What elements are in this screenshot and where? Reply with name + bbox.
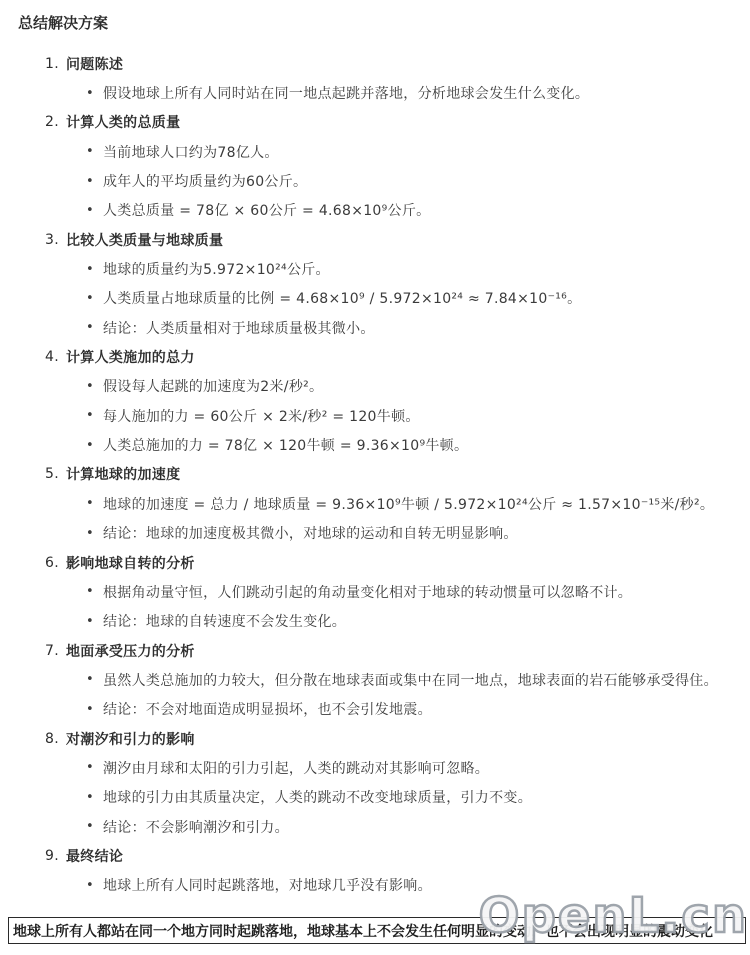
list-item: • 结论：不会影响潮汐和引力。 (0, 812, 750, 841)
list-item: • 地球的加速度 = 总力 / 地球质量 = 9.36×10⁹牛顿 / 5.97… (0, 489, 750, 518)
section-heading: 2. 计算人类的总质量 (0, 108, 750, 137)
section-number: 5. (45, 466, 59, 482)
section-number: 6. (45, 555, 59, 571)
bullet-icon: • (86, 526, 103, 541)
list-item: • 每人施加的力 = 60公斤 × 2米/秒² = 120牛顿。 (0, 401, 750, 430)
list-item-text: 成年人的平均质量约为60公斤。 (103, 171, 307, 191)
list-item: • 虽然人类总施加的力较大，但分散在地球表面或集中在同一地点，地球表面的岩石能够… (0, 665, 750, 694)
section-heading-text: 地面承受压力的分析 (66, 641, 195, 661)
list-item-text: 每人施加的力 = 60公斤 × 2米/秒² = 120牛顿。 (103, 406, 420, 426)
bullet-icon: • (86, 262, 103, 277)
list-item-text: 人类质量占地球质量的比例 = 4.68×10⁹ / 5.972×10²⁴ ≈ 7… (103, 288, 581, 308)
section-number: 2. (45, 114, 59, 130)
section-number: 4. (45, 349, 59, 365)
section-number: 7. (45, 643, 59, 659)
section-heading: 6. 影响地球自转的分析 (0, 548, 750, 577)
section-heading-text: 最终结论 (66, 846, 123, 866)
bullet-icon: • (86, 291, 103, 306)
list-item: • 假设每人起跳的加速度为2米/秒²。 (0, 372, 750, 401)
list-item-text: 当前地球人口约为78亿人。 (103, 142, 279, 162)
conclusion-box: 地球上所有人都站在同一个地方同时起跳落地，地球基本上不会发生任何明显的变动，也不… (8, 917, 746, 944)
list-item: • 人类总施加的力 = 78亿 × 120牛顿 = 9.36×10⁹牛顿。 (0, 430, 750, 459)
bullet-icon: • (86, 203, 103, 218)
list-item: • 根据角动量守恒，人们跳动引起的角动量变化相对于地球的转动惯量可以忽略不计。 (0, 577, 750, 606)
bullet-icon: • (86, 672, 103, 687)
section-heading: 3. 比较人类质量与地球质量 (0, 225, 750, 254)
section-heading: 5. 计算地球的加速度 (0, 460, 750, 489)
list-item: • 地球上所有人同时起跳落地，对地球几乎没有影响。 (0, 871, 750, 900)
section-number: 9. (45, 848, 59, 864)
conclusion-text-obscured: 变动，也不会出现明显的震动变化 (503, 921, 713, 941)
list-item: • 当前地球人口约为78亿人。 (0, 137, 750, 166)
section-heading-text: 比较人类质量与地球质量 (66, 230, 223, 250)
list-item: • 地球的质量约为5.972×10²⁴公斤。 (0, 254, 750, 283)
bullet-icon: • (86, 144, 103, 159)
section-heading-text: 影响地球自转的分析 (66, 553, 195, 573)
list-item: • 地球的引力由其质量决定，人类的跳动不改变地球质量，引力不变。 (0, 783, 750, 812)
bullet-icon: • (86, 174, 103, 189)
list-item: • 结论：不会对地面造成明显损坏，也不会引发地震。 (0, 695, 750, 724)
section-heading-text: 计算人类的总质量 (66, 112, 180, 132)
list-item: • 人类质量占地球质量的比例 = 4.68×10⁹ / 5.972×10²⁴ ≈… (0, 284, 750, 313)
bullet-icon: • (86, 379, 103, 394)
bullet-icon: • (86, 320, 103, 335)
list-item-text: 地球的质量约为5.972×10²⁴公斤。 (103, 259, 330, 279)
section-heading-text: 问题陈述 (66, 54, 123, 74)
section-heading: 9. 最终结论 (0, 841, 750, 870)
section-heading: 1. 问题陈述 (0, 49, 750, 78)
list-item-text: 人类总质量 = 78亿 × 60公斤 = 4.68×10⁹公斤。 (103, 200, 430, 220)
list-item: • 人类总质量 = 78亿 × 60公斤 = 4.68×10⁹公斤。 (0, 196, 750, 225)
list-item-text: 假设地球上所有人同时站在同一地点起跳并落地，分析地球会发生什么变化。 (103, 83, 589, 103)
section-heading: 7. 地面承受压力的分析 (0, 636, 750, 665)
section-heading-text: 计算人类施加的总力 (66, 347, 195, 367)
list-item-text: 虽然人类总施加的力较大，但分散在地球表面或集中在同一地点，地球表面的岩石能够承受… (103, 670, 718, 690)
bullet-icon: • (86, 760, 103, 775)
section-number: 3. (45, 232, 59, 248)
bullet-icon: • (86, 408, 103, 423)
list-item-text: 地球的加速度 = 总力 / 地球质量 = 9.36×10⁹牛顿 / 5.972×… (103, 494, 714, 514)
section-number: 1. (45, 56, 59, 72)
list-item-text: 假设每人起跳的加速度为2米/秒²。 (103, 376, 323, 396)
list-item-text: 结论：不会对地面造成明显损坏，也不会引发地震。 (103, 699, 432, 719)
list-item-text: 结论：人类质量相对于地球质量极其微小。 (103, 318, 375, 338)
list-item-text: 地球上所有人同时起跳落地，对地球几乎没有影响。 (103, 875, 432, 895)
section-heading: 4. 计算人类施加的总力 (0, 342, 750, 371)
list-item: • 结论：地球的自转速度不会发生变化。 (0, 607, 750, 636)
bullet-icon: • (86, 614, 103, 629)
bullet-icon: • (86, 584, 103, 599)
solution-list: 1. 问题陈述 • 假设地球上所有人同时站在同一地点起跳并落地，分析地球会发生什… (0, 49, 750, 900)
list-item: • 结论：地球的加速度极其微小，对地球的运动和自转无明显影响。 (0, 519, 750, 548)
bullet-icon: • (86, 790, 103, 805)
list-item-text: 结论：地球的加速度极其微小，对地球的运动和自转无明显影响。 (103, 523, 518, 543)
conclusion-text: 地球上所有人都站在同一个地方同时起跳落地，地球基本上不会发生任何明显的 (13, 921, 503, 941)
list-item: • 潮汐由月球和太阳的引力引起，人类的跳动对其影响可忽略。 (0, 753, 750, 782)
bullet-icon: • (86, 819, 103, 834)
section-heading: 8. 对潮汐和引力的影响 (0, 724, 750, 753)
bullet-icon: • (86, 702, 103, 717)
bullet-icon: • (86, 496, 103, 511)
list-item: • 结论：人类质量相对于地球质量极其微小。 (0, 313, 750, 342)
list-item: • 成年人的平均质量约为60公斤。 (0, 166, 750, 195)
bullet-icon: • (86, 86, 103, 101)
section-heading-text: 对潮汐和引力的影响 (66, 729, 195, 749)
list-item-text: 根据角动量守恒，人们跳动引起的角动量变化相对于地球的转动惯量可以忽略不计。 (103, 582, 632, 602)
section-number: 8. (45, 731, 59, 747)
bullet-icon: • (86, 438, 103, 453)
list-item: • 假设地球上所有人同时站在同一地点起跳并落地，分析地球会发生什么变化。 (0, 78, 750, 107)
list-item-text: 潮汐由月球和太阳的引力引起，人类的跳动对其影响可忽略。 (103, 758, 489, 778)
section-heading-text: 计算地球的加速度 (66, 464, 180, 484)
list-item-text: 结论：不会影响潮汐和引力。 (103, 817, 289, 837)
list-item-text: 人类总施加的力 = 78亿 × 120牛顿 = 9.36×10⁹牛顿。 (103, 435, 468, 455)
bullet-icon: • (86, 878, 103, 893)
list-item-text: 结论：地球的自转速度不会发生变化。 (103, 611, 346, 631)
list-item-text: 地球的引力由其质量决定，人类的跳动不改变地球质量，引力不变。 (103, 787, 532, 807)
page-title: 总结解决方案 (0, 0, 750, 33)
